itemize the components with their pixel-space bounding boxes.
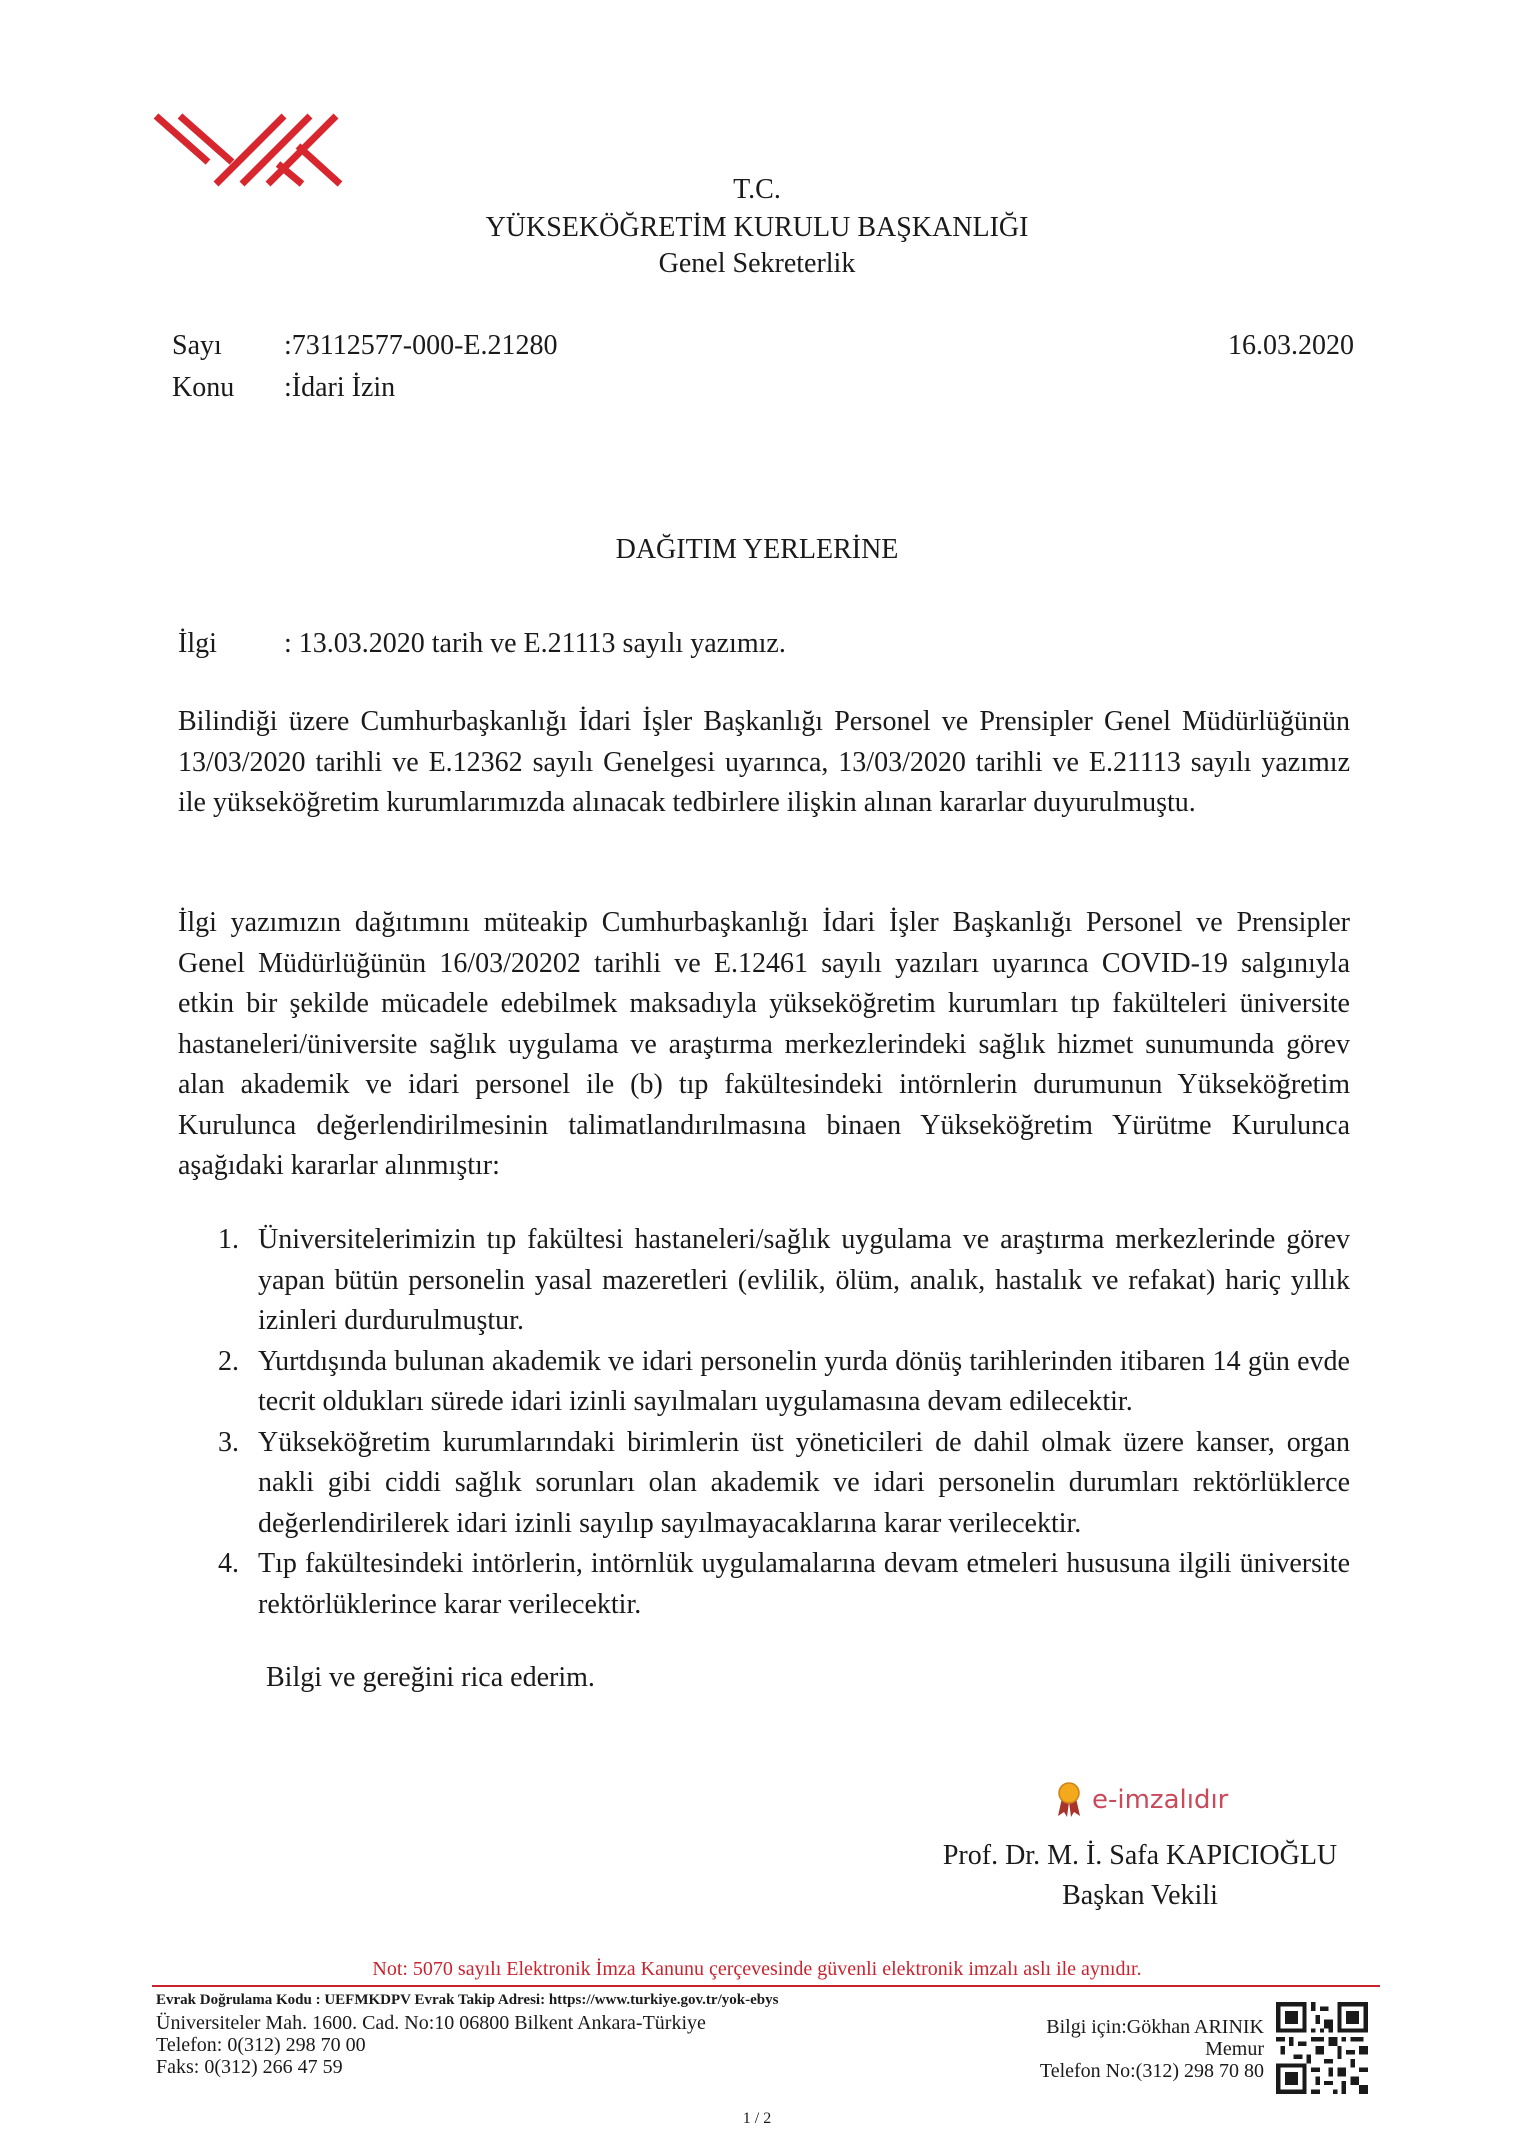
esign-badge: e-imzalıdır (1056, 1782, 1228, 1818)
list-item-number: 4. (218, 1544, 239, 1585)
signer-name: Prof. Dr. M. İ. Safa KAPICIOĞLU (900, 1840, 1380, 1872)
fax: Faks: 0(312) 266 47 59 (156, 2056, 343, 2078)
list-item-number: 3. (218, 1423, 239, 1464)
contact-name: Bilgi için:Gökhan ARINIK (1046, 2016, 1264, 2038)
header-tc: T.C. (0, 172, 1514, 208)
signer-title: Başkan Vekili (900, 1880, 1380, 1912)
document-date: 16.03.2020 (1228, 330, 1354, 362)
decision-list: 1.Üniversitelerimizin tıp fakültesi hast… (218, 1220, 1350, 1625)
sayi-label: Sayı (172, 330, 222, 362)
header-department: Genel Sekreterlik (0, 246, 1514, 282)
body-paragraph-1: Bilindiği üzere Cumhurbaşkanlığı İdari İ… (178, 702, 1350, 824)
list-item-number: 2. (218, 1342, 239, 1383)
contact-role: Memur (1205, 2038, 1264, 2060)
list-item: 2.Yurtdışında bulunan akademik ve idari … (218, 1342, 1350, 1423)
footer-divider (152, 1985, 1380, 1987)
header-institution: YÜKSEKÖĞRETİM KURULU BAŞKANLIĞI (0, 210, 1514, 246)
qr-code (1276, 2002, 1368, 2094)
list-item-text: Üniversitelerimizin tıp fakültesi hastan… (258, 1224, 1350, 1336)
ilgi-label: İlgi (178, 628, 217, 660)
list-item: 1.Üniversitelerimizin tıp fakültesi hast… (218, 1220, 1350, 1342)
ribbon-award-icon (1056, 1782, 1082, 1818)
esign-label: e-imzalıdır (1092, 1785, 1228, 1815)
verification-code: Evrak Doğrulama Kodu : UEFMKDPV Evrak Ta… (156, 1992, 778, 2009)
konu-label: Konu (172, 372, 234, 404)
page-number: 1 / 2 (0, 2110, 1514, 2128)
ilgi-value: : 13.03.2020 tarih ve E.21113 sayılı yaz… (284, 628, 786, 660)
phone: Telefon: 0(312) 298 70 00 (156, 2034, 366, 2056)
list-item-text: Tıp fakültesindeki intörlerin, intörnlük… (258, 1548, 1350, 1620)
list-item-text: Yurtdışında bulunan akademik ve idari pe… (258, 1346, 1350, 1418)
list-item: 3.Yükseköğretim kurumlarındaki birimleri… (218, 1423, 1350, 1545)
addressee: DAĞITIM YERLERİNE (0, 534, 1514, 566)
list-item-number: 1. (218, 1220, 239, 1261)
esign-legal-note: Not: 5070 sayılı Elektronik İmza Kanunu … (0, 1958, 1514, 1981)
konu-value: :İdari İzin (284, 372, 395, 404)
list-item-text: Yükseköğretim kurumlarındaki birimlerin … (258, 1427, 1350, 1539)
contact-phone: Telefon No:(312) 298 70 80 (1040, 2060, 1264, 2082)
closing-sentence: Bilgi ve gereğini rica ederim. (266, 1662, 595, 1694)
body-paragraph-2: İlgi yazımızın dağıtımını müteakip Cumhu… (178, 903, 1350, 1187)
sayi-value: :73112577-000-E.21280 (284, 330, 558, 362)
address: Üniversiteler Mah. 1600. Cad. No:10 0680… (156, 2012, 706, 2034)
list-item: 4.Tıp fakültesindeki intörlerin, intörnl… (218, 1544, 1350, 1625)
